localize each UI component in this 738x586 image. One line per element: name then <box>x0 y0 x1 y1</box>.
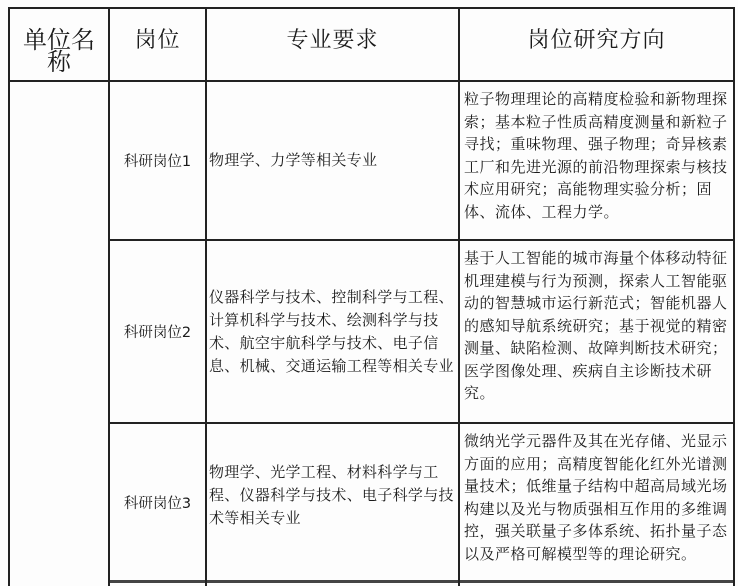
row2-direction: 基于人工智能的城市海量个体移动特征机理建模与行为预测，探索人工智能驱动的智慧城市… <box>460 241 733 422</box>
header-direction: 岗位研究方向 <box>460 9 733 80</box>
row1-direction-text: 粒子物理理论的高精度检验和新物理探索；基本粒子性质高精度测量和新粒子寻找；重味物… <box>464 88 730 223</box>
header-unit: 单位名 称 <box>10 9 108 80</box>
row1-position-label: 科研岗位1 <box>124 150 191 171</box>
row3-position-label: 科研岗位3 <box>124 492 191 513</box>
row3-major: 物理学、光学工程、材料科学与工程、仪器科学与技术、电子科学与技术等相关专业 <box>207 424 458 580</box>
row3-position: 科研岗位3 <box>110 424 205 580</box>
header-unit-line2: 称 <box>47 52 71 72</box>
row3-major-text: 物理学、光学工程、材料科学与工程、仪器科学与技术、电子科学与技术等相关专业 <box>209 461 456 530</box>
header-position-label: 岗位 <box>134 23 180 54</box>
row1-direction: 粒子物理理论的高精度检验和新物理探索；基本粒子性质高精度测量和新粒子寻找；重味物… <box>460 82 733 239</box>
header-position: 岗位 <box>110 9 205 80</box>
header-major: 专业要求 <box>207 9 458 80</box>
row2-position-label: 科研岗位2 <box>124 321 191 342</box>
row3-direction: 微纳光学元器件及其在光存储、光显示方面的应用；高精度智能化红外光谱测量技术；低维… <box>460 424 733 580</box>
row3-direction-text: 微纳光学元器件及其在光存储、光显示方面的应用；高精度智能化红外光谱测量技术；低维… <box>464 430 730 565</box>
table-bottom-border <box>108 580 735 583</box>
row2-position: 科研岗位2 <box>110 241 205 422</box>
row2-major-text: 仪器科学与技术、控制科学与工程、计算机科学与技术、绘测科学与技术、航空宇航科学与… <box>209 286 456 378</box>
row1-major: 物理学、力学等相关专业 <box>207 82 458 239</box>
table-right-border <box>733 7 735 586</box>
unit-cell <box>10 82 108 586</box>
row2-major: 仪器科学与技术、控制科学与工程、计算机科学与技术、绘测科学与技术、航空宇航科学与… <box>207 241 458 422</box>
header-direction-label: 岗位研究方向 <box>527 23 665 54</box>
row1-major-text: 物理学、力学等相关专业 <box>209 149 377 172</box>
row1-position: 科研岗位1 <box>110 82 205 239</box>
header-major-label: 专业要求 <box>286 23 378 54</box>
row2-direction-text: 基于人工智能的城市海量个体移动特征机理建模与行为预测，探索人工智能驱动的智慧城市… <box>464 247 730 405</box>
